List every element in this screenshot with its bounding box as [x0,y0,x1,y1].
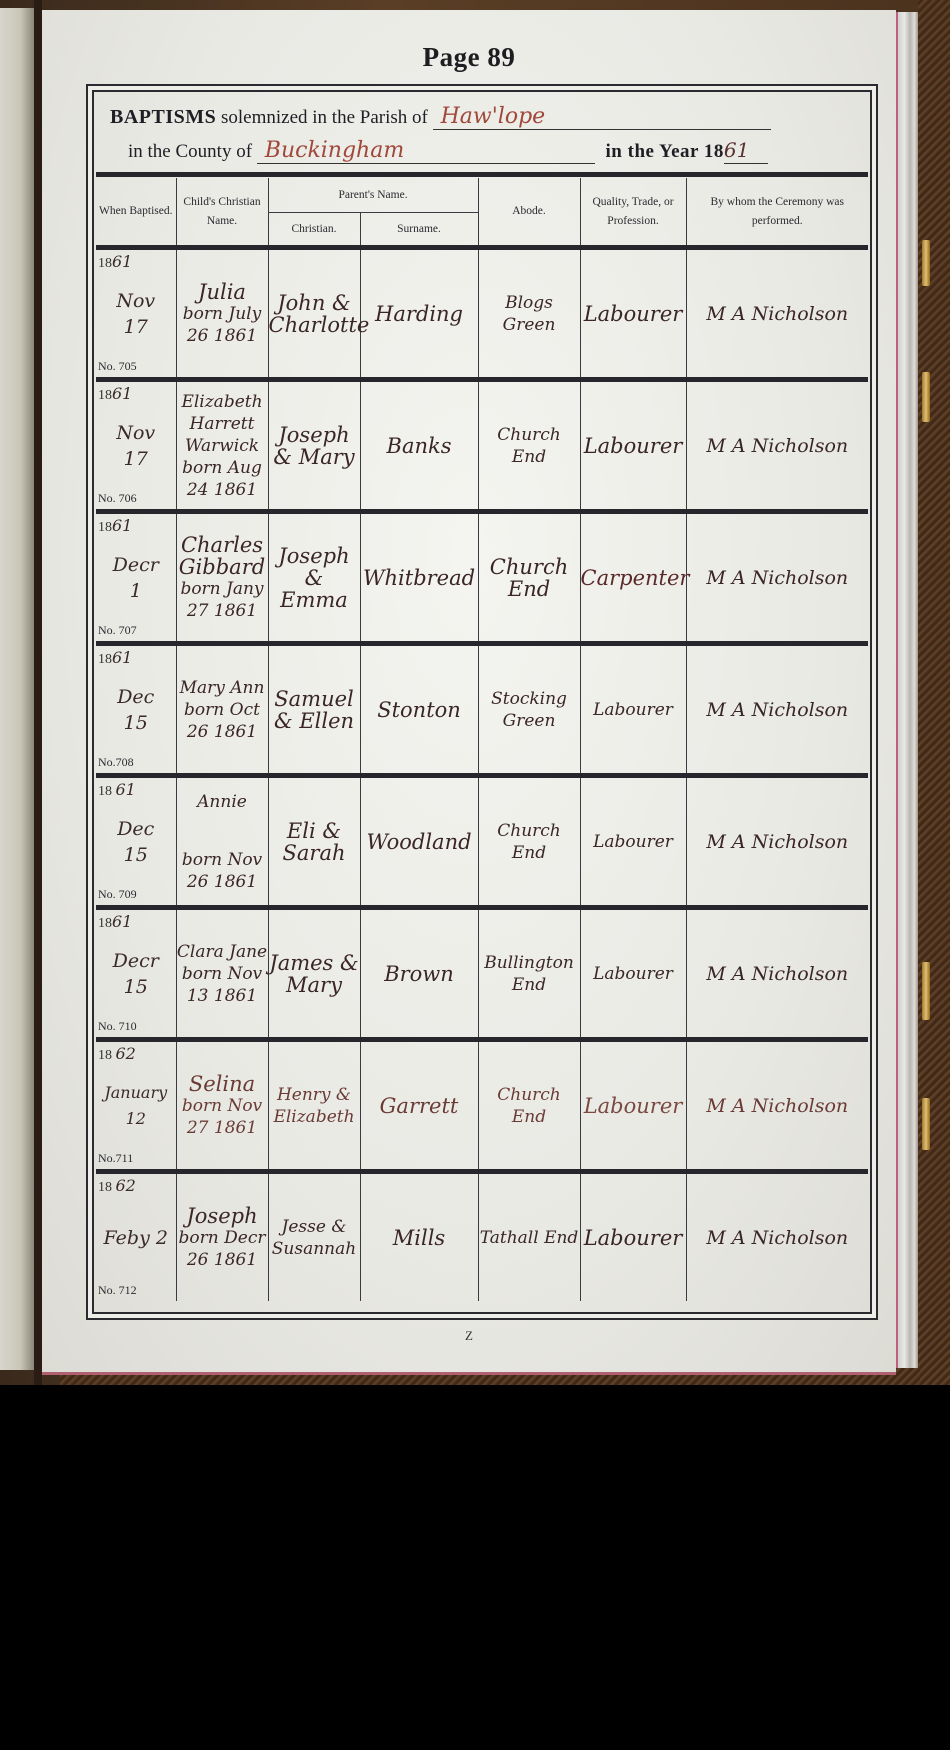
trade: Labourer [580,908,686,1040]
col-parents-name: Parent's Name. [268,178,478,213]
register-entry-711: 18 62 January12 No.711 Selinaborn Nov 27… [96,1040,868,1172]
child-born: born Decr 26 1861 [177,1227,268,1271]
day: 15 [96,974,176,1000]
child-born: born Nov 13 1861 [177,963,268,1007]
officiant-signature: M A Nicholson [686,908,868,1040]
child-name: Mary Ann [177,677,268,699]
abode: Church End [478,776,580,908]
day: 15 [96,842,176,868]
month: Decr [96,552,176,578]
register-entry-712: 18 62 Feby 2 No. 712 Josephborn Decr 26 … [96,1172,868,1302]
abode: Church End [478,512,580,644]
parent-christian-names: Henry & Elizabeth [268,1040,360,1172]
col-parent-christian: Christian. [268,213,360,248]
parent-christian-names: Joseph & Mary [268,380,360,512]
day: 2 [156,1227,168,1249]
parent-christian-names: Eli & Sarah [268,776,360,908]
county-value: Buckingham [265,138,404,163]
day: 15 [96,710,176,736]
parent-surname: Woodland [360,776,478,908]
child-born: born Nov 27 1861 [177,1095,268,1139]
clasp-bottom [922,1098,930,1150]
child-born: born Nov 26 1861 [177,849,268,893]
abode: Tathall End [478,1172,580,1302]
when-baptised-cell: 1861 Decr1 No. 707 [96,512,176,644]
parent-christian-names: Joseph & Emma [268,512,360,644]
entry-number: No.711 [98,1151,133,1166]
when-baptised-cell: 1861 Nov17 No. 706 [96,380,176,512]
title-line-parish: BAPTISMS solemnized in the Parish of Haw… [110,104,771,130]
entry-number: No. 710 [98,1019,137,1034]
year-field: 61 [724,138,768,164]
month: Nov [96,420,176,446]
child-born: born Aug 24 1861 [177,457,268,501]
officiant-signature: M A Nicholson [686,512,868,644]
child-name: Joseph [177,1205,268,1227]
register-entry-709: 18 61 Dec15 No. 709 Annieborn Nov 26 186… [96,776,868,908]
parish-value: Haw'lope [441,104,546,129]
trade: Labourer [580,644,686,776]
col-child-name: Child's Christian Name. [176,178,268,248]
officiant-signature: M A Nicholson [686,644,868,776]
parent-surname: Mills [360,1172,478,1302]
clasp-top [922,240,930,286]
child-name-cell: Selinaborn Nov 27 1861 [176,1040,268,1172]
col-officiant: By whom the Ceremony was performed. [686,178,868,248]
child-name: Selina [177,1073,268,1095]
when-baptised-cell: 1861 Decr15 No. 710 [96,908,176,1040]
col-parent-surname: Surname. [360,213,478,248]
title-text-year: in the Year 18 [606,141,724,162]
child-born: born Oct 26 1861 [177,699,268,743]
title-prefix: BAPTISMS [110,106,216,128]
entry-number: No. 706 [98,491,137,506]
day: 1 [96,578,176,604]
when-baptised-cell: 1861 Dec15 No.708 [96,644,176,776]
register-entry-706: 1861 Nov17 No. 706 Elizabeth Harrett War… [96,380,868,512]
county-field: Buckingham [257,138,595,164]
entry-number: No. 709 [98,887,137,902]
child-name-cell: Juliaborn July 26 1861 [176,248,268,380]
trade: Labourer [580,776,686,908]
day: 12 [96,1106,176,1132]
year: 18 61 [98,780,136,800]
child-name-cell: Clara Janeborn Nov 13 1861 [176,908,268,1040]
parent-surname: Whitbread [360,512,478,644]
parent-surname: Banks [360,380,478,512]
abode: Stocking Green [478,644,580,776]
register-entries: 1861 Nov17 No. 705 Juliaborn July 26 186… [96,248,868,1302]
trade: Labourer [580,248,686,380]
header-rule [96,172,868,177]
trade: Labourer [580,1040,686,1172]
parent-surname: Brown [360,908,478,1040]
parent-christian-names: Jesse & Susannah [268,1172,360,1302]
title-line-county: in the County of Buckingham in the Year … [128,138,768,164]
officiant-signature: M A Nicholson [686,380,868,512]
year: 18 62 [98,1176,136,1196]
entry-number: No.708 [98,755,134,770]
clasp-upper [922,372,930,422]
child-name-cell: Josephborn Decr 26 1861 [176,1172,268,1302]
parent-surname: Garrett [360,1040,478,1172]
child-name: Elizabeth Harrett Warwick [177,391,268,457]
signature-mark: Z [42,1328,896,1344]
parent-surname: Harding [360,248,478,380]
officiant-signature: M A Nicholson [686,248,868,380]
year: 1861 [98,648,132,668]
trade: Labourer [580,380,686,512]
child-born: born Jany 27 1861 [177,578,268,622]
register-page: Page 89 BAPTISMS solemnized in the Paris… [42,10,896,1375]
parent-christian-names: John & Charlotte [268,248,360,380]
year: 1861 [98,252,132,272]
facing-page-edge [0,8,36,1370]
parent-christian-names: Samuel & Ellen [268,644,360,776]
child-name: Julia [177,281,268,303]
day: 17 [96,314,176,340]
child-name: Clara Jane [177,941,268,963]
trade: Labourer [580,1172,686,1302]
page-number: Page 89 [42,42,896,73]
month: January [96,1080,176,1106]
abode: Church End [478,1040,580,1172]
book-photo: Page 89 BAPTISMS solemnized in the Paris… [0,0,950,1385]
year: 1861 [98,912,132,932]
child-name-cell: Elizabeth Harrett Warwickborn Aug 24 186… [176,380,268,512]
child-name-cell: Charles Gibbardborn Jany 27 1861 [176,512,268,644]
child-name: Annie [177,791,268,813]
officiant-signature: M A Nicholson [686,1172,868,1302]
register-entry-710: 1861 Decr15 No. 710 Clara Janeborn Nov 1… [96,908,868,1040]
when-baptised-cell: 18 61 Dec15 No. 709 [96,776,176,908]
parent-christian-names: James & Mary [268,908,360,1040]
year-value: 61 [724,138,749,162]
baptism-register-table-frame: BAPTISMS solemnized in the Parish of Haw… [86,84,878,1320]
register-entry-708: 1861 Dec15 No.708 Mary Annborn Oct 26 18… [96,644,868,776]
col-trade: Quality, Trade, or Profession. [580,178,686,248]
officiant-signature: M A Nicholson [686,776,868,908]
month: Decr [96,948,176,974]
officiant-signature: M A Nicholson [686,1040,868,1172]
month: Dec [96,816,176,842]
baptism-register-table: When Baptised. Child's Christian Name. P… [96,178,868,1301]
parent-surname: Stonton [360,644,478,776]
title-text-parish: solemnized in the Parish of [221,107,428,128]
child-name-cell: Annieborn Nov 26 1861 [176,776,268,908]
month: Dec [96,684,176,710]
when-baptised-cell: 18 62 Feby 2 No. 712 [96,1172,176,1302]
month: Feby [104,1227,150,1249]
book-gutter [34,0,42,1385]
abode: Bullington End [478,908,580,1040]
register-entry-707: 1861 Decr1 No. 707 Charles Gibbardborn J… [96,512,868,644]
year: 1861 [98,516,132,536]
abode: Blogs Green [478,248,580,380]
child-name: Charles Gibbard [177,534,268,578]
child-name-cell: Mary Annborn Oct 26 1861 [176,644,268,776]
col-when-baptised: When Baptised. [96,178,176,248]
entry-number: No. 707 [98,623,137,638]
book-binding [918,0,950,1385]
when-baptised-cell: 18 62 January12 No.711 [96,1040,176,1172]
child-born: born July 26 1861 [177,303,268,347]
year: 18 62 [98,1044,136,1064]
year: 1861 [98,384,132,404]
col-abode: Abode. [478,178,580,248]
register-entry-705: 1861 Nov17 No. 705 Juliaborn July 26 186… [96,248,868,380]
parish-field: Haw'lope [433,104,771,130]
when-baptised-cell: 1861 Nov17 No. 705 [96,248,176,380]
clasp-lower [922,962,930,1020]
trade: Carpenter [580,512,686,644]
title-text-county: in the County of [128,141,252,162]
entry-number: No. 705 [98,359,137,374]
register-title: BAPTISMS solemnized in the Parish of Haw… [102,96,862,174]
day: 17 [96,446,176,472]
month: Nov [96,288,176,314]
entry-number: No. 712 [98,1283,137,1298]
abode: Church End [478,380,580,512]
page-stack-edge [896,12,920,1370]
